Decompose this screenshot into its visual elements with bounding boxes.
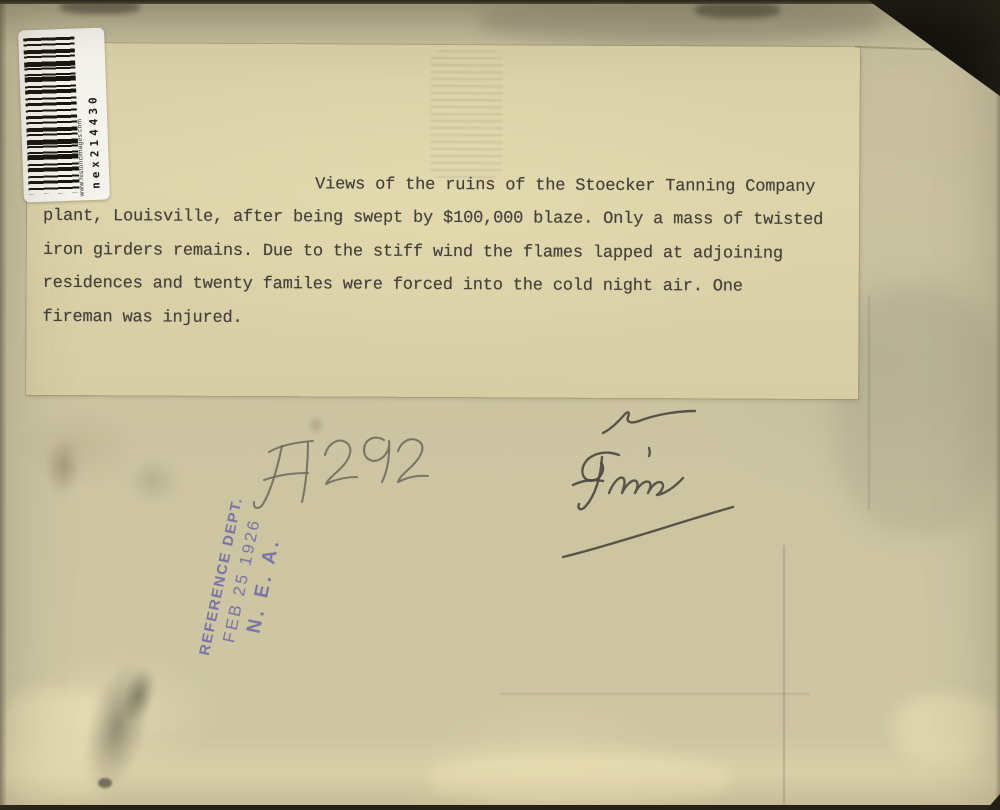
- barcode-number: nex214430: [84, 39, 102, 189]
- photo-right-edge: [995, 0, 1000, 810]
- bottom-right-light-patch: [895, 695, 1000, 763]
- bottom-left-light-patch: [0, 690, 110, 802]
- fingerprint-smudge: [128, 458, 178, 503]
- bottom-cream-band: [0, 735, 1000, 805]
- photo-bottom-edge: [0, 805, 1000, 810]
- caption-slip: Views of the ruins of the Stoecker Tanni…: [26, 43, 860, 399]
- caption-line: fireman was injured.: [42, 301, 822, 338]
- right-gray-stain: [835, 285, 1000, 535]
- handwritten-catalog-number: [245, 413, 445, 518]
- top-gray-stain: [480, 0, 880, 42]
- photo-left-edge: [0, 0, 7, 810]
- typed-caption: Views of the ruins of the Stoecker Tanni…: [42, 167, 823, 338]
- clipped-corner-bottom-right: [986, 794, 1000, 810]
- dark-dot: [98, 778, 112, 788]
- bottom-mid-light-patch: [430, 755, 730, 803]
- caption-line: Views of the ruins of the Stoecker Tanni…: [43, 167, 823, 204]
- vertical-crease: [868, 295, 870, 510]
- caption-line: residences and twenty familes were force…: [43, 267, 823, 304]
- barcode-label: nex214430 www.historicimages.com: [18, 28, 110, 203]
- graphite-smear: [71, 653, 163, 801]
- horizontal-crease: [500, 693, 810, 695]
- graphite-smear-core: [116, 663, 162, 727]
- caption-line: plant, Louisville, after being swept by …: [43, 200, 823, 237]
- top-dark-smudge-mid: [695, 2, 780, 18]
- barcode-icon: [23, 37, 79, 195]
- paper-top-band: [0, 0, 1000, 48]
- caption-line: iron girders remains. Due to the stiff w…: [43, 234, 823, 271]
- bleed-through-text-stain: [430, 50, 503, 178]
- photo-verso: Views of the ruins of the Stoecker Tanni…: [0, 0, 1000, 810]
- vertical-crease: [783, 545, 785, 810]
- photo-top-edge: [0, 0, 1000, 4]
- handwritten-subject-word: [545, 395, 780, 570]
- clipped-corner-top-right: [868, 0, 1000, 96]
- brown-smudge: [40, 428, 86, 506]
